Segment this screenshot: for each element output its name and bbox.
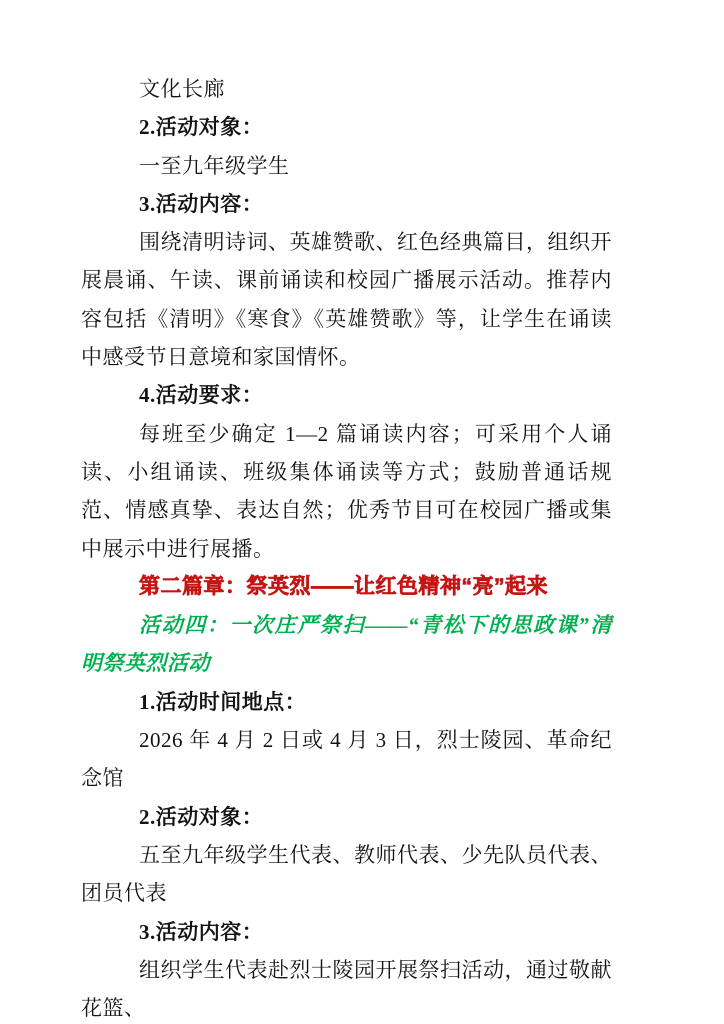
body-paragraph-requirements: 每班至少确定 1—2 篇诵读内容；可采用个人诵读、小组诵读、班级集体诵读等方式；… [81,415,612,568]
body-paragraph-content: 围绕清明诗词、英雄赞歌、红色经典篇目，组织开展晨诵、午读、课前诵读和校园广播展示… [81,223,612,376]
section-heading-time-place: 1.活动时间地点： [81,683,612,721]
chapter-title: 第二篇章：祭英烈——让红色精神“亮”起来 [81,568,612,606]
body-paragraph-time-place: 2026 年 4 月 2 日或 4 月 3 日，烈士陵园、革命纪念馆 [81,721,612,798]
section-heading-content-2: 3.活动内容： [81,913,612,951]
section-heading-content: 3.活动内容： [81,185,612,223]
continuation-line: 文化长廊 [81,70,612,108]
body-paragraph-audience-2: 五至九年级学生代表、教师代表、少先队员代表、团员代表 [81,836,612,913]
section-heading-audience-2: 2.活动对象： [81,798,612,836]
section-heading-audience: 2.活动对象： [81,108,612,146]
document-page: 文化长廊 2.活动对象： 一至九年级学生 3.活动内容： 围绕清明诗词、英雄赞歌… [0,0,724,1024]
activity-title: 活动四：一次庄严祭扫——“青松下的思政课”清明祭英烈活动 [81,606,612,683]
body-paragraph-content-2: 组织学生代表赴烈士陵园开展祭扫活动，通过敬献花篮、 [81,951,612,1024]
section-heading-requirements: 4.活动要求： [81,376,612,414]
body-paragraph-audience: 一至九年级学生 [81,147,612,185]
